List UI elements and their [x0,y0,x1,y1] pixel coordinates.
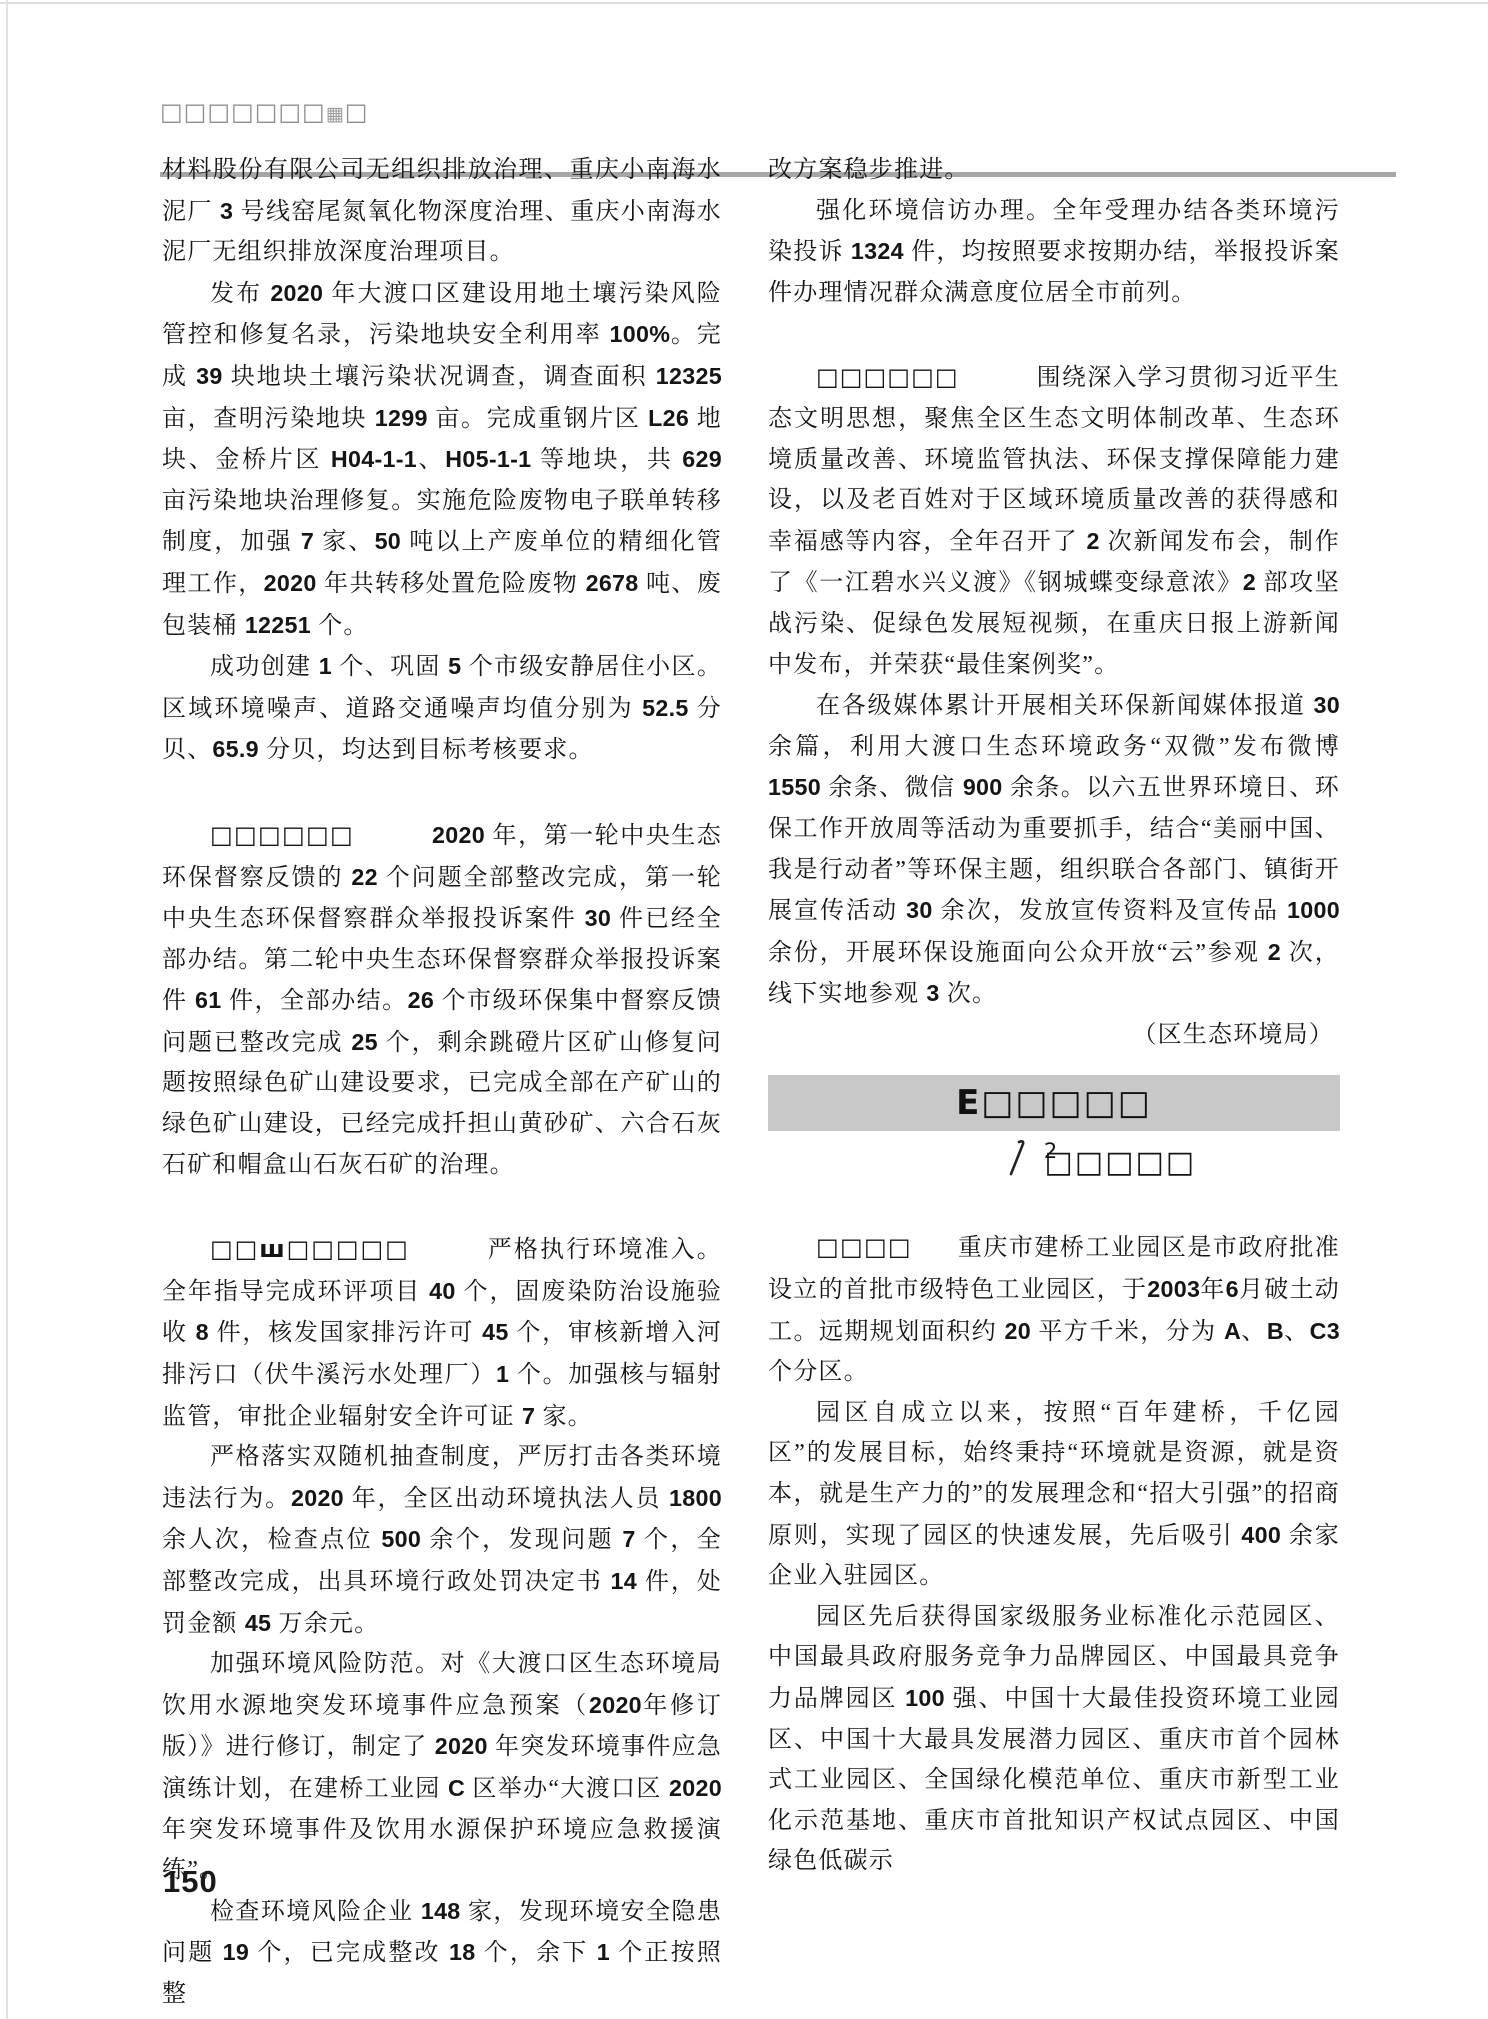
subsection-heading: 2□□□□□ [768,1131,1340,1183]
paragraph: 检查环境风险企业 148 家，发现环境安全隐患问题 19 个，已完成整改 18 … [162,1891,722,2015]
paragraph: □□□□□□围绕深入学习贯彻习近平生态文明思想，聚焦全区生态文明体制改革、生态环… [768,357,1340,685]
signature: （区生态环境局） [768,1015,1340,1056]
paragraph: 强化环境信访办理。全年受理办结各类环境污染投诉 1324 件，均按照要求按期办结… [768,191,1340,314]
paragraph-text: 材料股份有限公司无组织排放治理、重庆小南海水泥厂 3 号线窑尾氮氧化物深度治理、… [162,157,722,265]
paragraph: 材料股份有限公司无组织排放治理、重庆小南海水泥厂 3 号线窑尾氮氧化物深度治理、… [162,150,722,273]
paragraph-text: 检查环境风险企业 148 家，发现环境安全隐患问题 19 个，已完成整改 18 … [162,1899,722,2007]
paragraph: 严格落实双随机抽查制度，严厉打击各类环境违法行为。2020 年，全区出动环境执法… [162,1437,722,1644]
paragraph: □□□□重庆市建桥工业园区是市政府批准设立的首批市级特色工业园区，于2003年6… [768,1227,1340,1392]
paragraph-text: 加强环境风险防范。对《大渡口区生态环境局饮用水源地突发环境事件应急预案（2020… [162,1651,722,1883]
section-heading-boxes: □□□□□□ [816,363,959,391]
paragraph-text: 园区自成立以来，按照“百年建桥，千亿园区”的发展目标，始终秉持“环境就是资源，就… [768,1400,1340,1589]
paragraph-text: 园区先后获得国家级服务业标准化示范园区、中国最具政府服务竞争力品牌园区、中国最具… [768,1604,1340,1875]
paragraph: 园区自成立以来，按照“百年建桥，千亿园区”的发展目标，始终秉持“环境就是资源，就… [768,1393,1340,1597]
paragraph-text: 改方案稳步推进。 [768,157,970,183]
section-banner: E□□□□□ [768,1075,1340,1131]
scan-edge-top [0,2,1488,4]
header-tail-box: □ [345,98,369,126]
paragraph: 发布 2020 年大渡口区建设用地土壤污染风险管控和修复名录，污染地块安全利用率… [162,273,722,646]
section-heading-boxes: □□□□ [816,1233,912,1261]
section-heading-boxes: □□ш□□□□□ [210,1235,410,1263]
header-title-boxes: □□□□□□□ [160,98,326,126]
left-column: 材料股份有限公司无组织排放治理、重庆小南海水泥厂 3 号线窑尾氮氧化物深度治理、… [162,150,722,2015]
paragraph: 成功创建 1 个、巩固 5 个市级安静居住小区。区域环境噪声、道路交通噪声均值分… [162,646,722,771]
paragraph: □□□□□□2020 年，第一轮中央生态环保督察反馈的 22 个问题全部整改完成… [162,815,722,1185]
page-number: 150 [163,1864,218,1900]
paragraph-text: 围绕深入学习贯彻习近平生态文明思想，聚焦全区生态文明体制改革、生态环境质量改善、… [768,365,1340,677]
paragraph-text: 在各级媒体累计开展相关环保新闻媒体报道 30 余篇，利用大渡口生态环境政务“双微… [768,693,1340,1007]
subsection-number: 2 [1044,1139,1059,1163]
signature-text: （区生态环境局） [1132,1022,1334,1048]
header-glyph: ▦ [326,103,345,125]
paragraph-text: 强化环境信访办理。全年受理办结各类环境污染投诉 1324 件，均按照要求按期办结… [768,198,1340,306]
scan-edge-left [6,0,8,2019]
subsection-heading-boxes: □□□□□ [1044,1145,1196,1180]
paragraph-text: 2020 年，第一轮中央生态环保督察反馈的 22 个问题全部整改完成，第一轮中央… [162,823,722,1178]
paragraph: □□ш□□□□□严格执行环境准入。全年指导完成环评项目 40 个，固废染防治设施… [162,1229,722,1437]
paragraph-text: 成功创建 1 个、巩固 5 个市级安静居住小区。区域环境噪声、道路交通噪声均值分… [162,654,722,763]
paragraph: 园区先后获得国家级服务业标准化示范园区、中国最具政府服务竞争力品牌园区、中国最具… [768,1597,1340,1882]
right-column: 改方案稳步推进。 强化环境信访办理。全年受理办结各类环境污染投诉 1324 件，… [768,150,1340,1882]
paragraph: 加强环境风险防范。对《大渡口区生态环境局饮用水源地突发环境事件应急预案（2020… [162,1644,722,1891]
paragraph: 在各级媒体累计开展相关环保新闻媒体报道 30 余篇，利用大渡口生态环境政务“双微… [768,685,1340,1015]
section-heading-boxes: □□□□□□ [210,821,354,849]
paragraph-text: 严格落实双随机抽查制度，严厉打击各类环境违法行为。2020 年，全区出动环境执法… [162,1444,722,1636]
page-header: □□□□□□□▦□ [160,98,368,126]
paragraph-text: 发布 2020 年大渡口区建设用地土壤污染风险管控和修复名录，污染地块安全利用率… [162,281,722,639]
section-banner-title: E□□□□□ [956,1083,1152,1123]
document-page: □□□□□□□▦□ 材料股份有限公司无组织排放治理、重庆小南海水泥厂 3 号线窑… [0,0,1488,2019]
paragraph: 改方案稳步推进。 [768,150,1340,191]
paragraph-text: 严格执行环境准入。全年指导完成环评项目 40 个，固废染防治设施验收 8 件，核… [162,1237,722,1429]
flourish-icon [960,1138,1028,1190]
